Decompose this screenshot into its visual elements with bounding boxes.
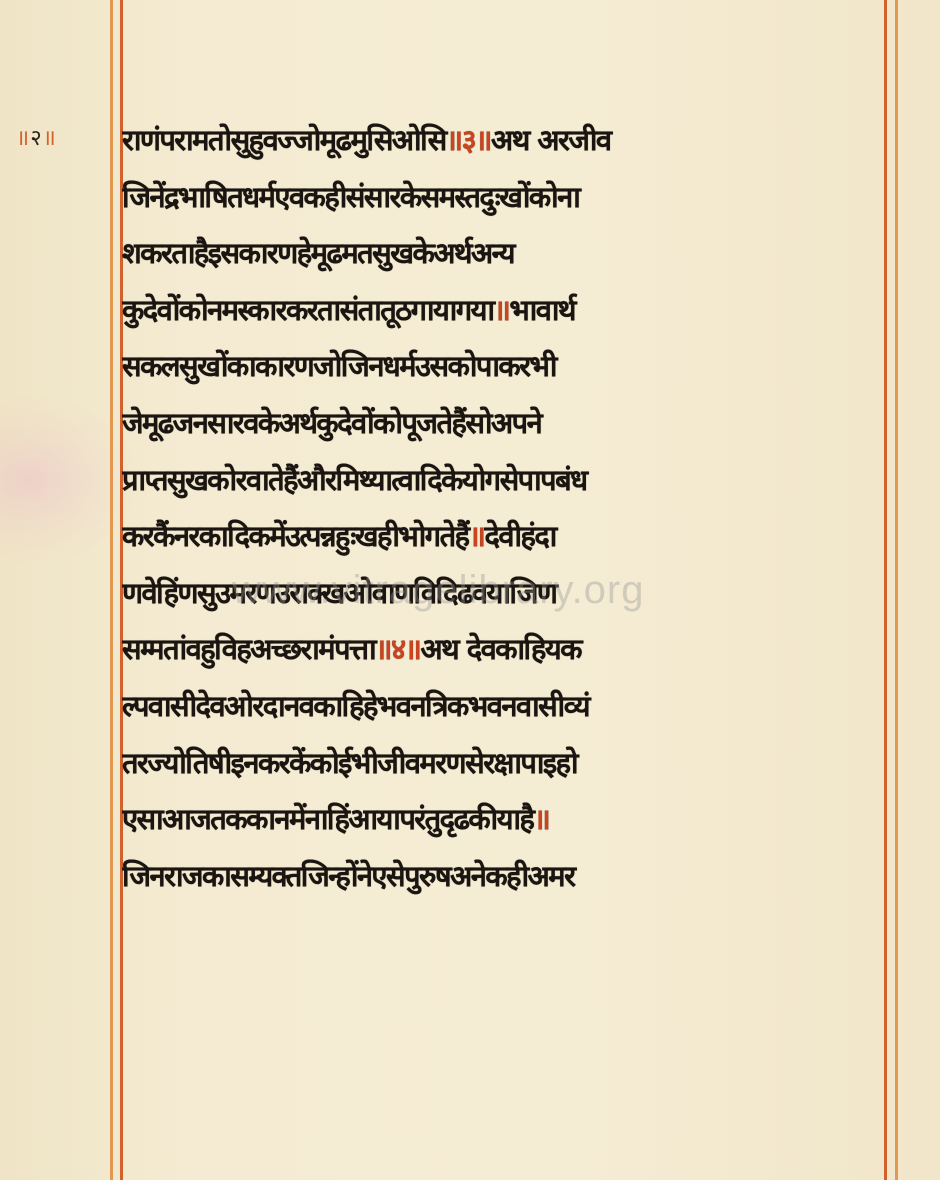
rubric-mark: ॥४॥ bbox=[375, 632, 420, 666]
right-margin-rule-inner bbox=[884, 0, 887, 1180]
folio-mark-right: ॥ bbox=[43, 126, 57, 151]
text-line: ल्पवासीदेवओरदानवकाहिहेभवनत्रिकभवनवासीव्य… bbox=[122, 684, 884, 741]
line-text: शकरताहैइसकारणहेमूढमतसुखकेअर्थअन्य bbox=[122, 236, 514, 270]
rubric-mark: ॥ bbox=[469, 519, 485, 553]
line-text: एसाआजतककानमेंनाहिंआयापरंतुदृढकीयाहै bbox=[122, 802, 533, 836]
line-text: राणंपरामतोसुहुवज्जोमूढमुसिओसि bbox=[122, 123, 446, 157]
text-line: एसाआजतककानमेंनाहिंआयापरंतुदृढकीयाहै॥ bbox=[122, 797, 884, 854]
text-line: सम्मतांवहुविहअच्छरामंपत्ता॥४॥अथ देवकाहिय… bbox=[122, 627, 884, 684]
text-line: जिनराजकासम्यक्तजिन्होंनेएसेपुरुषअनेकहीअम… bbox=[122, 854, 884, 911]
line-tail: अथ अरजीव bbox=[491, 123, 610, 157]
rubric-mark: ॥३॥ bbox=[446, 123, 491, 157]
text-line: शकरताहैइसकारणहेमूढमतसुखकेअर्थअन्य bbox=[122, 231, 884, 288]
line-text: प्राप्तसुखकोरवातेहैंऔरमिथ्यात्वादिकेयोगस… bbox=[122, 463, 587, 497]
line-text: ल्पवासीदेवओरदानवकाहिहेभवनत्रिकभवनवासीव्य… bbox=[122, 689, 589, 723]
line-tail: देवीहंदा bbox=[484, 519, 555, 553]
left-margin-rule-outer bbox=[110, 0, 113, 1180]
line-text: जेमूढजनसारवकेअर्थकुदेवोंकोपूजतेहैंसोअपने bbox=[122, 406, 541, 440]
line-tail: भावार्थ bbox=[509, 293, 575, 327]
folio-mark-left: ॥ bbox=[16, 126, 30, 151]
line-text: तरज्योतिषीइनकरकेंकोईभीजीवमरणसेरक्षापाइहो bbox=[122, 746, 577, 780]
rubric-mark: ॥ bbox=[533, 802, 549, 836]
line-text: सकलसुखोंकाकारणजोजिनधर्मउसकोपाकरभी bbox=[122, 349, 556, 383]
text-line: राणंपरामतोसुहुवज्जोमूढमुसिओसि॥३॥अथ अरजीव bbox=[122, 118, 884, 175]
folio-number: ॥२॥ bbox=[16, 122, 57, 152]
line-text: णवेहिंणसुउमरणउराक्खओवाणविदिढवयाजिण bbox=[122, 576, 556, 610]
right-margin-rule-outer bbox=[895, 0, 898, 1180]
line-text: करकैंनरकादिकमेंउत्पन्नहुःखहीभोगतेहैं bbox=[122, 519, 469, 553]
text-line: णवेहिंणसुउमरणउराक्खओवाणविदिढवयाजिण bbox=[122, 571, 884, 628]
text-line: प्राप्तसुखकोरवातेहैंऔरमिथ्यात्वादिकेयोगस… bbox=[122, 458, 884, 515]
text-line: तरज्योतिषीइनकरकेंकोईभीजीवमरणसेरक्षापाइहो bbox=[122, 741, 884, 798]
manuscript-page: ॥२॥ राणंपरामतोसुहुवज्जोमूढमुसिओसि॥३॥अथ अ… bbox=[0, 0, 940, 1180]
manuscript-text-block: राणंपरामतोसुहुवज्जोमूढमुसिओसि॥३॥अथ अरजीव… bbox=[122, 118, 884, 910]
line-text: कुदेवोंकोनमस्कारकरतासंतातूठगायागया bbox=[122, 293, 493, 327]
line-text: जिनराजकासम्यक्तजिन्होंनेएसेपुरुषअनेकहीअम… bbox=[122, 859, 574, 893]
line-tail: अथ देवकाहियक bbox=[420, 632, 581, 666]
rubric-mark: ॥ bbox=[493, 293, 509, 327]
text-line: करकैंनरकादिकमेंउत्पन्नहुःखहीभोगतेहैं॥देव… bbox=[122, 514, 884, 571]
text-line: जिनेंद्रभाषितधर्मएवकहीसंसारकेसमस्तदुःखों… bbox=[122, 175, 884, 232]
text-line: सकलसुखोंकाकारणजोजिनधर्मउसकोपाकरभी bbox=[122, 344, 884, 401]
text-line: कुदेवोंकोनमस्कारकरतासंतातूठगायागया॥भावार… bbox=[122, 288, 884, 345]
text-line: जेमूढजनसारवकेअर्थकुदेवोंकोपूजतेहैंसोअपने bbox=[122, 401, 884, 458]
line-text: सम्मतांवहुविहअच्छरामंपत्ता bbox=[122, 632, 375, 666]
line-text: जिनेंद्रभाषितधर्मएवकहीसंसारकेसमस्तदुःखों… bbox=[122, 180, 579, 214]
folio-number-text: २ bbox=[30, 126, 42, 151]
